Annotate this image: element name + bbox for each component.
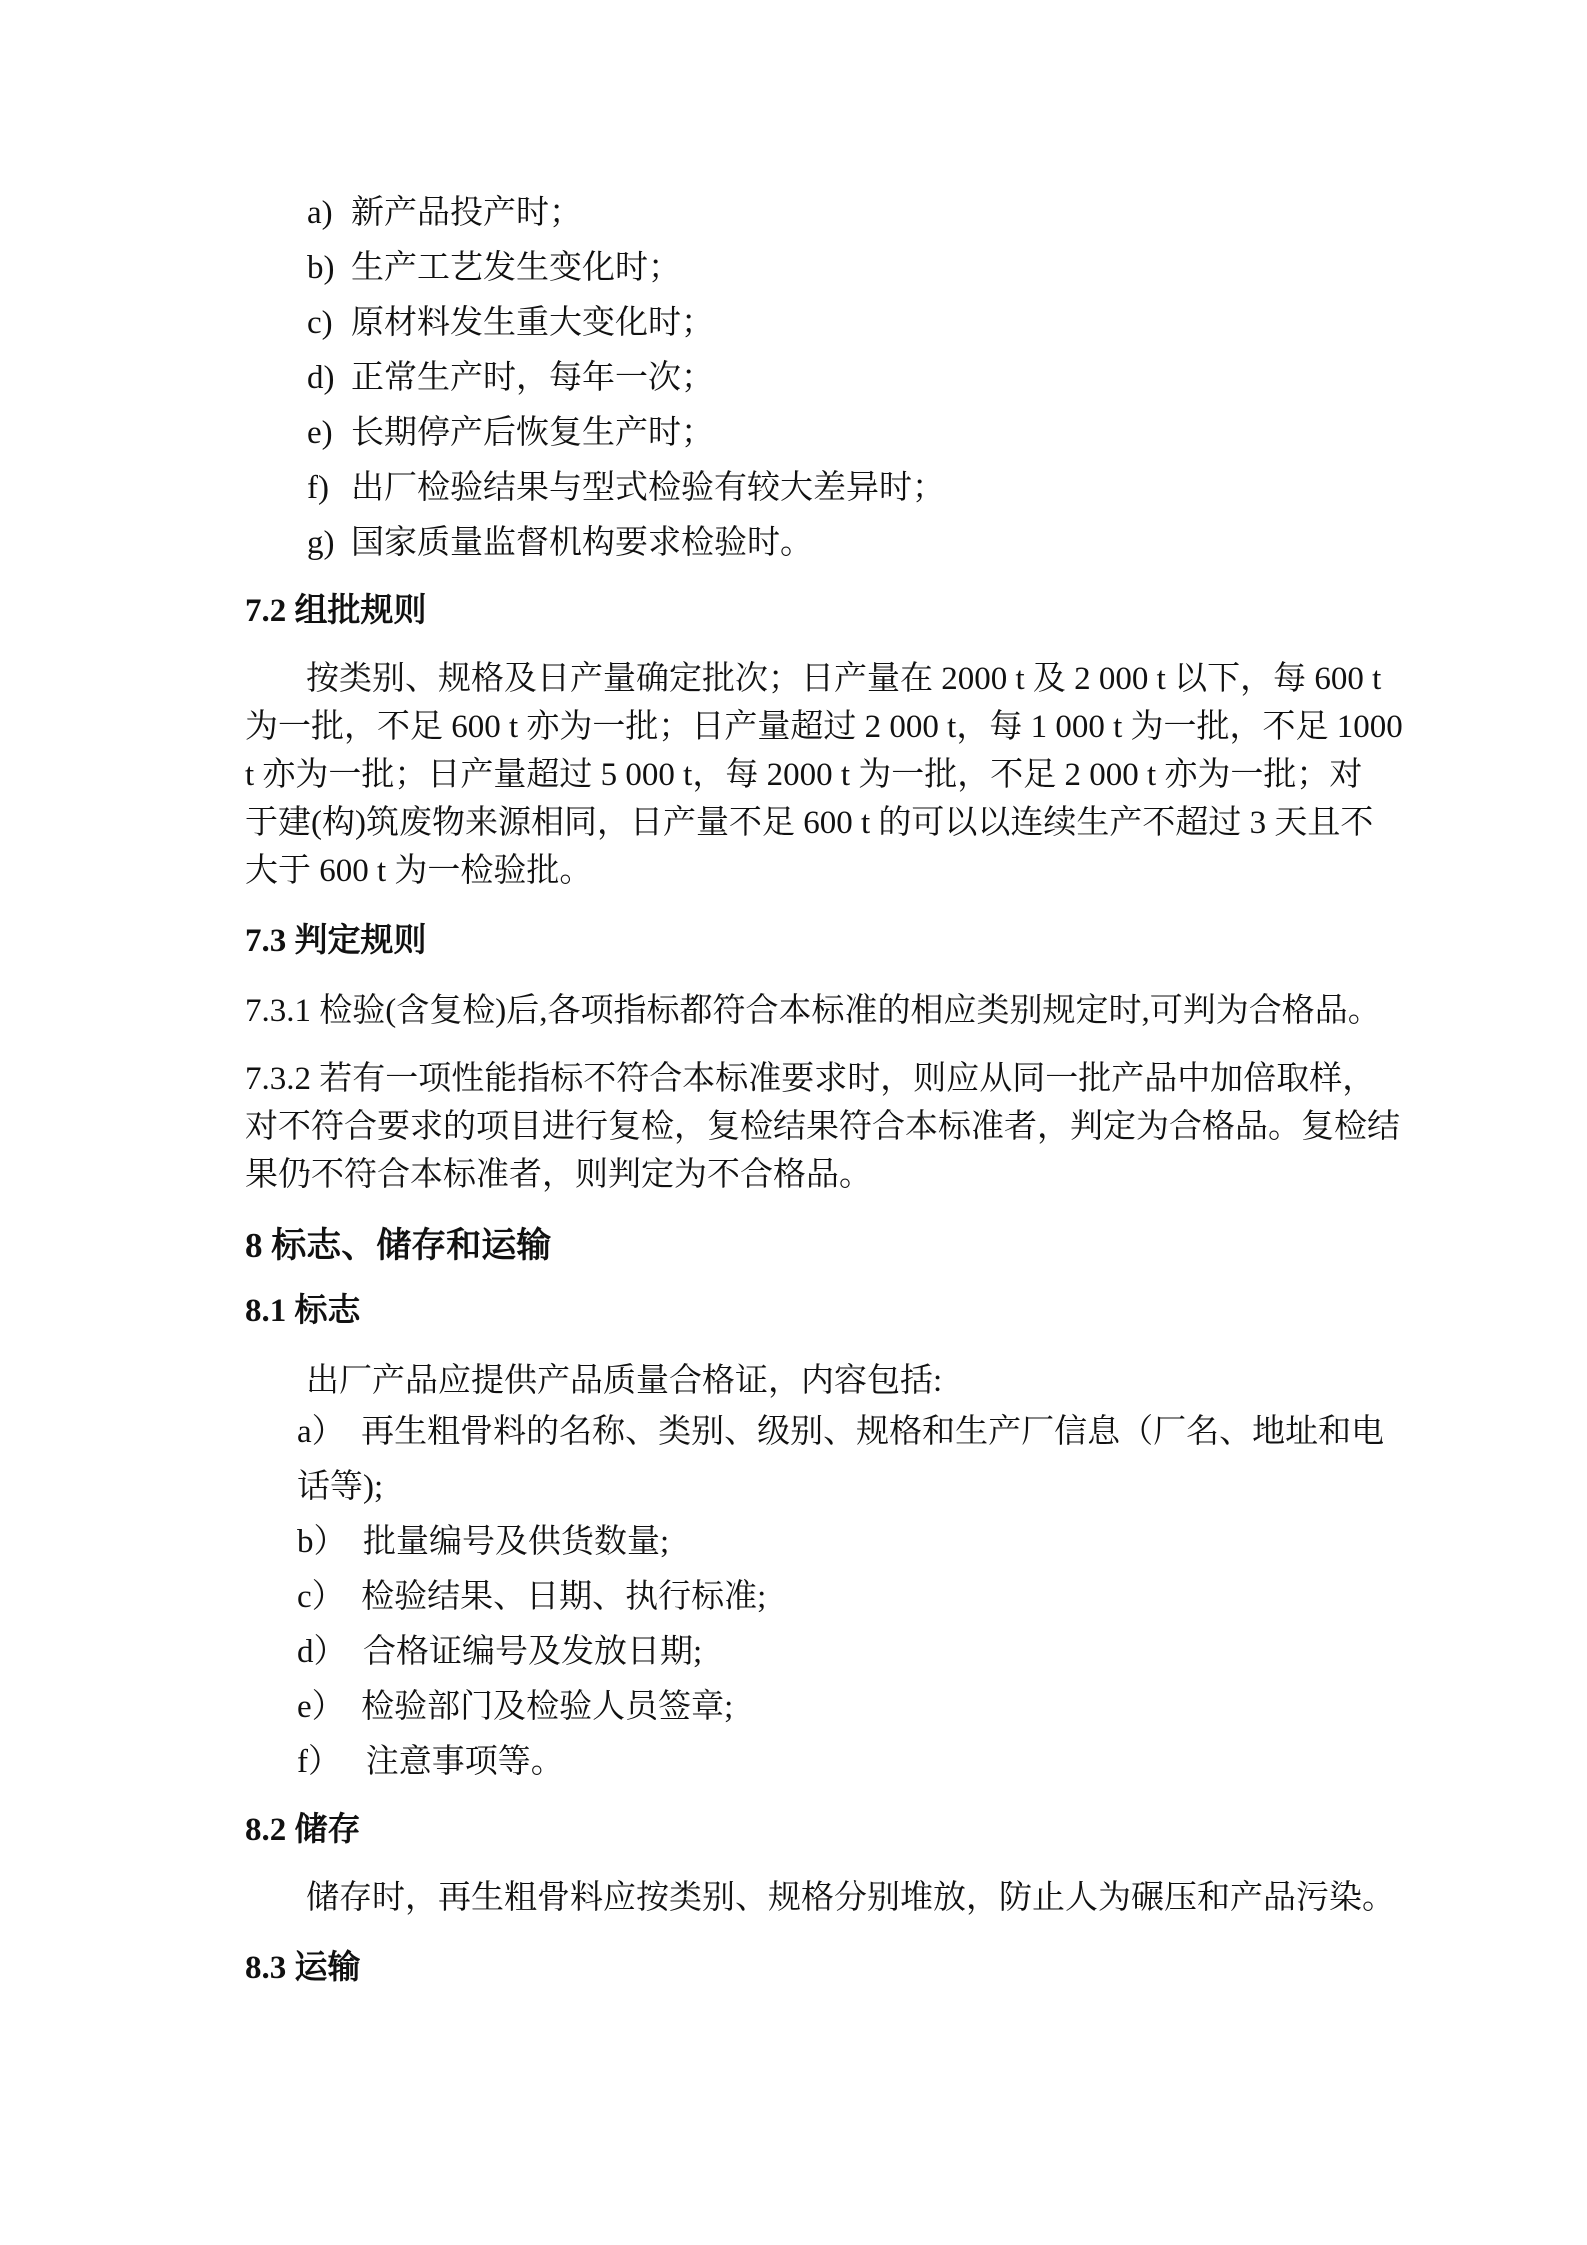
document-page: a) 新产品投产时； b) 生产工艺发生变化时； c) 原材料发生重大变化时； … [0,0,1587,2245]
list-item: c） 检验结果、日期、执行标准; [297,1570,1387,1625]
list-item: c) 原材料发生重大变化时； [307,296,1387,351]
section-7-3-heading: 7.3 判定规则 [245,917,1387,965]
list-item: d) 正常生产时，每年一次； [307,351,1387,406]
list-item-text: 国家质量监督机构要求检验时。 [351,516,813,571]
list-item-text: 正常生产时，每年一次； [351,351,714,406]
list-item-text: 新产品投产时； [351,186,582,241]
list-marker: f) [307,461,351,516]
section-8-heading: 8 标志、储存和运输 [245,1221,1387,1271]
list-item-text: 生产工艺发生变化时； [351,241,681,296]
list-marker: d) [307,351,351,406]
section-7-2-heading: 7.2 组批规则 [245,587,1387,635]
list-item-text: 长期停产后恢复生产时； [351,406,714,461]
section-8-1-heading: 8.1 标志 [245,1287,1387,1335]
section-8-2-paragraph: 储存时，再生粗骨料应按类别、规格分别堆放，防止人为碾压和产品污染。 [245,1874,1387,1922]
list-item: b） 批量编号及供货数量; [297,1515,1387,1570]
section-8-3-heading: 8.3 运输 [245,1944,1387,1992]
clause-7-3-2-paragraph: 7.3.2 若有一项性能指标不符合本标准要求时，则应从同一批产品中加倍取样， 对… [245,1055,1387,1199]
list-item: e) 长期停产后恢复生产时； [307,406,1387,461]
list-item: a) 新产品投产时； [307,186,1387,241]
list-marker: a) [307,186,351,241]
list-marker: g) [307,516,351,571]
section-8-1-intro: 出厂产品应提供产品质量合格证，内容包括: [245,1357,1387,1405]
list-item: f) 出厂检验结果与型式检验有较大差异时； [307,461,1387,516]
list-marker: b) [307,241,351,296]
list-item: f） 注意事项等。 [297,1735,1387,1790]
list-item-text: 原材料发生重大变化时； [351,296,714,351]
type-inspection-occasions-list: a) 新产品投产时； b) 生产工艺发生变化时； c) 原材料发生重大变化时； … [307,186,1387,571]
list-item-text: 出厂检验结果与型式检验有较大差异时； [351,461,945,516]
list-item: g) 国家质量监督机构要求检验时。 [307,516,1387,571]
list-marker: e) [307,406,351,461]
section-8-2-heading: 8.2 储存 [245,1806,1387,1854]
list-item: d） 合格证编号及发放日期; [297,1625,1387,1680]
list-item: a） 再生粗骨料的名称、类别、级别、规格和生产厂信息（厂名、地址和电 话等); [297,1405,1387,1515]
list-marker: c) [307,296,351,351]
certificate-content-list: a） 再生粗骨料的名称、类别、级别、规格和生产厂信息（厂名、地址和电 话等); … [297,1405,1387,1790]
list-item: b) 生产工艺发生变化时； [307,241,1387,296]
section-7-2-paragraph: 按类别、规格及日产量确定批次；日产量在 2000 t 及 2 000 t 以下，… [245,655,1387,895]
list-item: e） 检验部门及检验人员签章; [297,1680,1387,1735]
clause-7-3-1-paragraph: 7.3.1 检验(含复检)后,各项指标都符合本标准的相应类别规定时,可判为合格品… [245,987,1387,1035]
